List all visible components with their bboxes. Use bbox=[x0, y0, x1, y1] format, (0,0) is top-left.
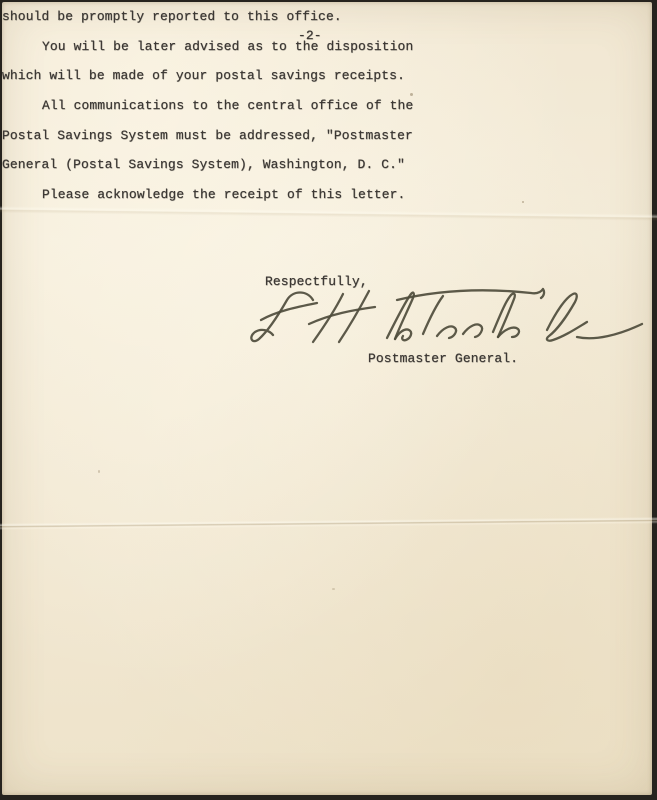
letter-line: should be promptly reported to this offi… bbox=[2, 2, 432, 32]
paper-speck bbox=[98, 470, 100, 473]
letter-line: Postal Savings System must be addressed,… bbox=[2, 121, 432, 151]
letter-line: Please acknowledge the receipt of this l… bbox=[2, 180, 432, 210]
scanned-letter-page: -2- should be promptly reported to this … bbox=[0, 0, 657, 800]
letter-line: General (Postal Savings System), Washing… bbox=[2, 150, 432, 180]
signer-title: Postmaster General. bbox=[368, 351, 518, 366]
letter-paper: -2- should be promptly reported to this … bbox=[2, 2, 652, 795]
paper-speck bbox=[332, 588, 335, 590]
paper-speck bbox=[522, 201, 524, 203]
signature bbox=[247, 284, 647, 354]
letter-line: which will be made of your postal saving… bbox=[2, 61, 432, 91]
letter-line: All communications to the central office… bbox=[2, 91, 432, 121]
page-number: -2- bbox=[298, 28, 322, 43]
letter-body: should be promptly reported to this offi… bbox=[2, 2, 432, 210]
letter-line: You will be later advised as to the disp… bbox=[2, 32, 432, 62]
fold-crease-lower bbox=[0, 517, 657, 530]
